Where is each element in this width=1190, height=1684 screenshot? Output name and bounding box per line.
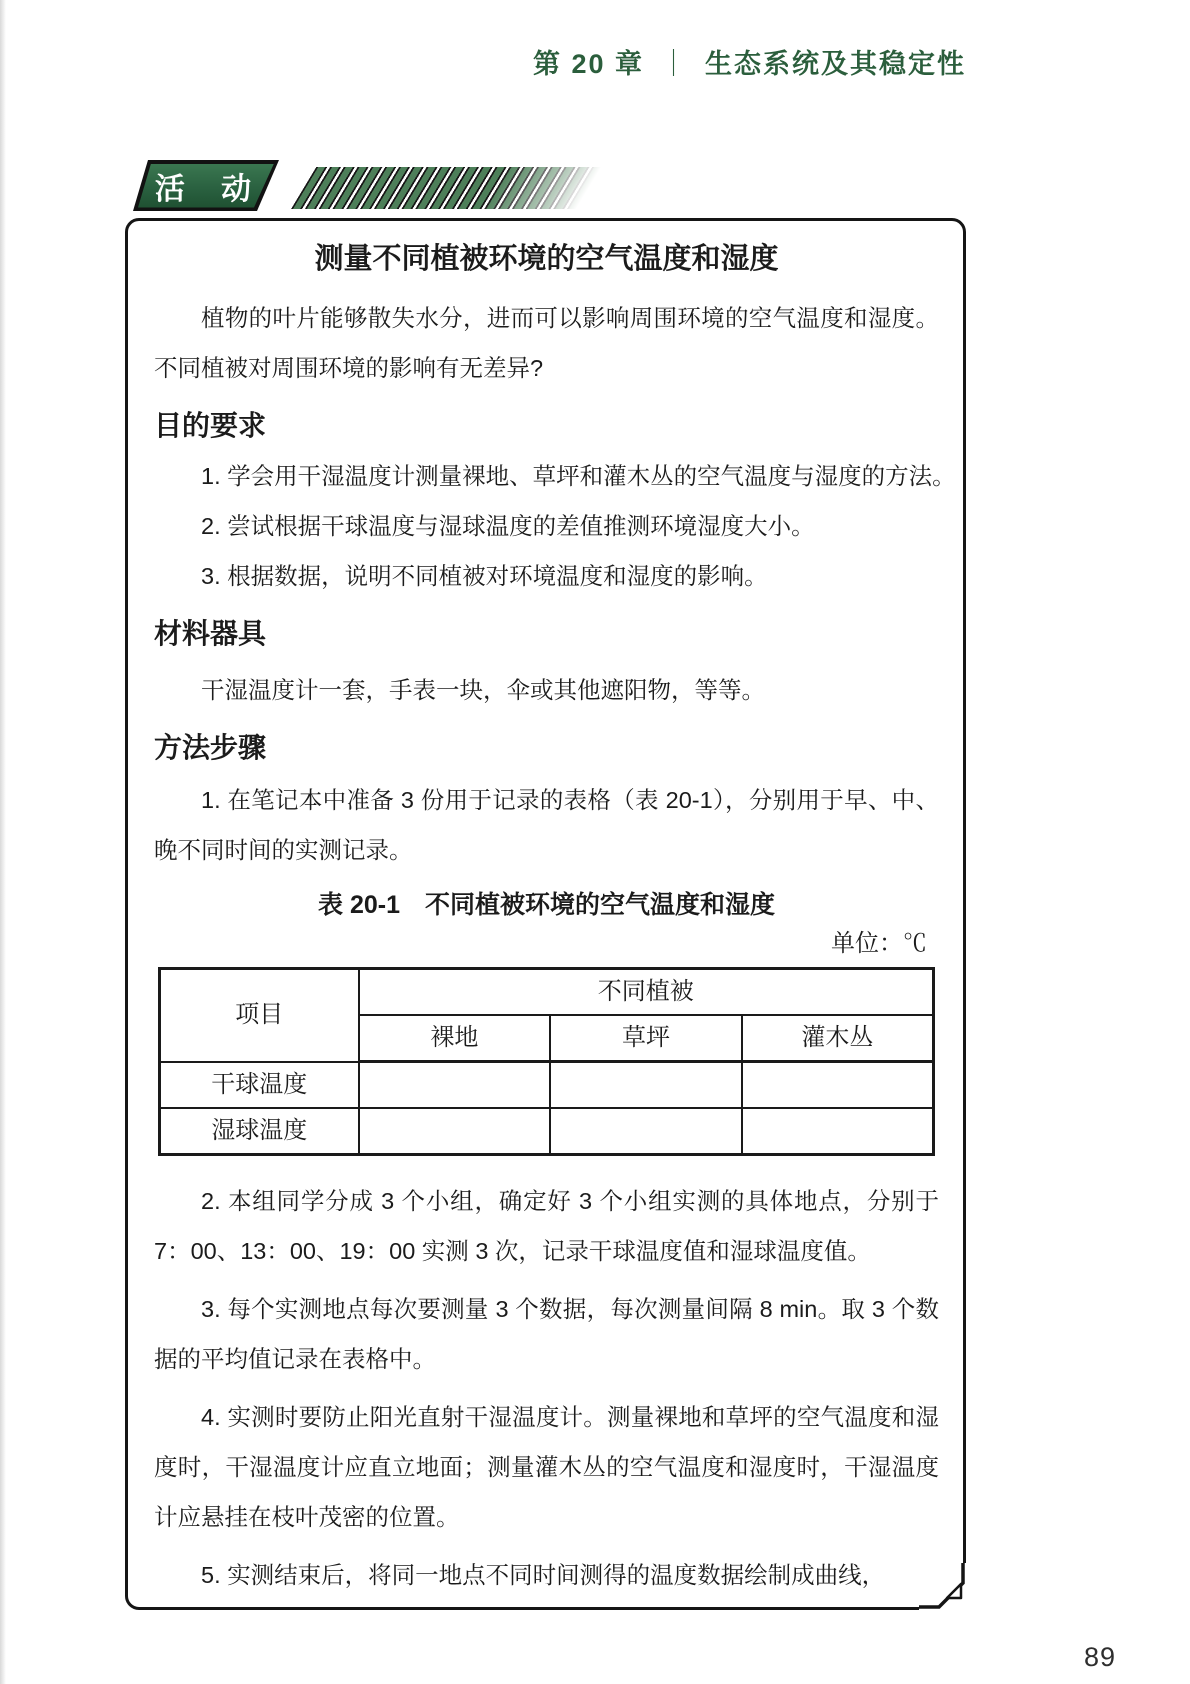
cell-wet-bare: [359, 1108, 551, 1155]
activity-badge-label: 活 动: [133, 160, 279, 211]
goals-heading: 目的要求: [154, 407, 939, 445]
table-col-lawn: 草坪: [550, 1015, 742, 1062]
goal-item-1: 1. 学会用干湿温度计测量裸地、草坪和灌木丛的空气温度与湿度的方法。: [154, 451, 939, 501]
goals-list: 1. 学会用干湿温度计测量裸地、草坪和灌木丛的空气温度与湿度的方法。 2. 尝试…: [154, 451, 939, 601]
activity-box: 测量不同植被环境的空气温度和湿度 植物的叶片能够散失水分，进而可以影响周围环境的…: [125, 218, 966, 1610]
running-head: 第 20 章｜生态系统及其稳定性: [0, 42, 966, 81]
cell-dry-lawn: [550, 1062, 742, 1109]
activity-title: 测量不同植被环境的空气温度和湿度: [154, 237, 939, 281]
header-divider: ｜: [660, 49, 689, 79]
table-row-wet-bulb: 湿球温度: [160, 1108, 934, 1155]
methods-heading: 方法步骤: [154, 729, 939, 767]
materials-text: 干湿温度计一套，手表一块，伞或其他遮阳物，等等。: [154, 665, 939, 715]
row-label-wet-bulb: 湿球温度: [160, 1108, 359, 1155]
cell-wet-lawn: [550, 1108, 742, 1155]
method-step-4: 4. 实测时要防止阳光直射干湿温度计。测量裸地和草坪的空气温度和湿度时，干湿温度…: [154, 1392, 939, 1542]
textbook-page: 第 20 章｜生态系统及其稳定性 活 动 测量不同植被环境的空气温度和湿度 植物…: [0, 0, 1190, 1684]
table-unit-label: 单位：℃: [154, 927, 939, 961]
goal-item-2: 2. 尝试根据干球温度与湿球温度的差值推测环境湿度大小。: [154, 501, 939, 551]
cell-dry-shrub: [742, 1062, 934, 1109]
activity-badge: 活 动: [133, 160, 279, 211]
cell-wet-shrub: [742, 1108, 934, 1155]
table-col-shrubs: 灌木丛: [742, 1015, 934, 1062]
table-header-item: 项目: [160, 969, 359, 1062]
table-row-dry-bulb: 干球温度: [160, 1062, 934, 1109]
chapter-number: 第 20 章: [533, 49, 644, 79]
activity-intro: 植物的叶片能够散失水分，进而可以影响周围环境的空气温度和湿度。不同植被对周围环境…: [154, 293, 939, 393]
method-step-2: 2. 本组同学分成 3 个小组，确定好 3 个小组实测的具体地点，分别于 7：0…: [154, 1176, 939, 1276]
record-table: 项目 不同植被 裸地 草坪 灌木丛 干球温度 湿球温度: [158, 967, 935, 1156]
page-number: 89: [1084, 1642, 1116, 1673]
goal-item-3: 3. 根据数据，说明不同植被对环境温度和湿度的影响。: [154, 551, 939, 601]
diagonal-stripes-decoration: [291, 167, 604, 209]
table-col-bare-ground: 裸地: [359, 1015, 551, 1062]
method-step-3: 3. 每个实测地点每次要测量 3 个数据，每次测量间隔 8 min。取 3 个数…: [154, 1284, 939, 1384]
chapter-title: 生态系统及其稳定性: [705, 49, 966, 79]
method-step-5: 5. 实测结束后，将同一地点不同时间测得的温度数据绘制成曲线，: [154, 1550, 939, 1600]
folded-corner-decoration: [919, 1563, 967, 1611]
method-step-1: 1. 在笔记本中准备 3 份用于记录的表格（表 20-1），分别用于早、中、晚不…: [154, 775, 939, 875]
materials-heading: 材料器具: [154, 615, 939, 653]
row-label-dry-bulb: 干球温度: [160, 1062, 359, 1109]
table-caption: 表 20-1 不同植被环境的空气温度和湿度: [154, 885, 939, 925]
table-header-group: 不同植被: [359, 969, 934, 1016]
table-header-row-group: 项目 不同植被: [160, 969, 934, 1016]
cell-dry-bare: [359, 1062, 551, 1109]
